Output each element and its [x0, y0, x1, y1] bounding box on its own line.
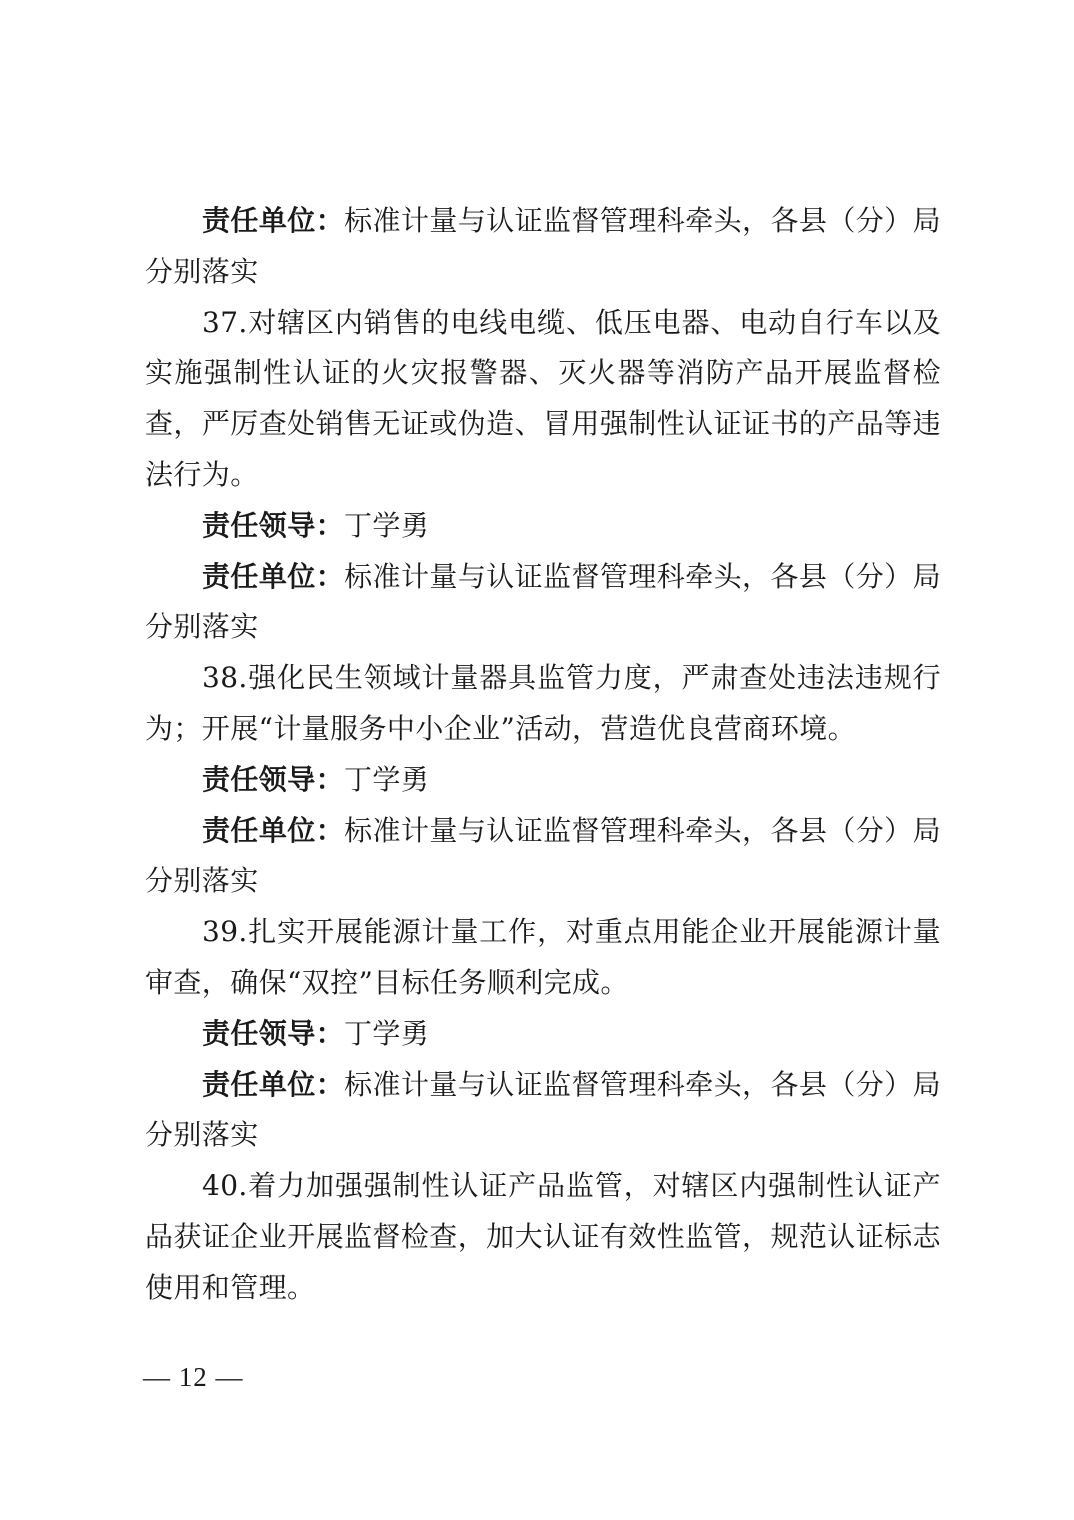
responsible-unit-paragraph: 责任单位：标准计量与认证监督管理科牵头，各县（分）局分别落实: [145, 806, 941, 908]
responsible-unit-paragraph: 责任单位：标准计量与认证监督管理科牵头，各县（分）局分别落实: [145, 1060, 941, 1162]
responsible-leader-paragraph: 责任领导：丁学勇: [145, 1009, 941, 1060]
responsible-leader-text: 丁学勇: [344, 1017, 429, 1050]
responsible-unit-label: 责任单位：: [202, 204, 344, 237]
item-40-paragraph: 40.着力加强强制性认证产品监管，对辖区内强制性认证产品获证企业开展监督检查，加…: [145, 1161, 941, 1313]
responsible-unit-label: 责任单位：: [202, 1068, 344, 1101]
responsible-leader-label: 责任领导：: [202, 763, 344, 796]
responsible-leader-label: 责任领导：: [202, 509, 344, 542]
document-body: 责任单位：标准计量与认证监督管理科牵头，各县（分）局分别落实 37.对辖区内销售…: [145, 196, 941, 1314]
responsible-leader-paragraph: 责任领导：丁学勇: [145, 501, 941, 552]
page-number: — 12 —: [143, 1362, 244, 1393]
responsible-leader-text: 丁学勇: [344, 763, 429, 796]
responsible-leader-paragraph: 责任领导：丁学勇: [145, 755, 941, 806]
responsible-leader-text: 丁学勇: [344, 509, 429, 542]
responsible-unit-paragraph: 责任单位：标准计量与认证监督管理科牵头，各县（分）局分别落实: [145, 552, 941, 654]
responsible-unit-label: 责任单位：: [202, 560, 344, 593]
item-38-paragraph: 38.强化民生领域计量器具监管力度，严肃查处违法违规行为；开展“计量服务中小企业…: [145, 653, 941, 755]
item-39-paragraph: 39.扎实开展能源计量工作，对重点用能企业开展能源计量审查，确保“双控”目标任务…: [145, 907, 941, 1009]
responsible-unit-paragraph: 责任单位：标准计量与认证监督管理科牵头，各县（分）局分别落实: [145, 196, 941, 298]
responsible-unit-label: 责任单位：: [202, 814, 344, 847]
item-37-paragraph: 37.对辖区内销售的电线电缆、低压电器、电动自行车以及实施强制性认证的火灾报警器…: [145, 298, 941, 501]
responsible-leader-label: 责任领导：: [202, 1017, 344, 1050]
